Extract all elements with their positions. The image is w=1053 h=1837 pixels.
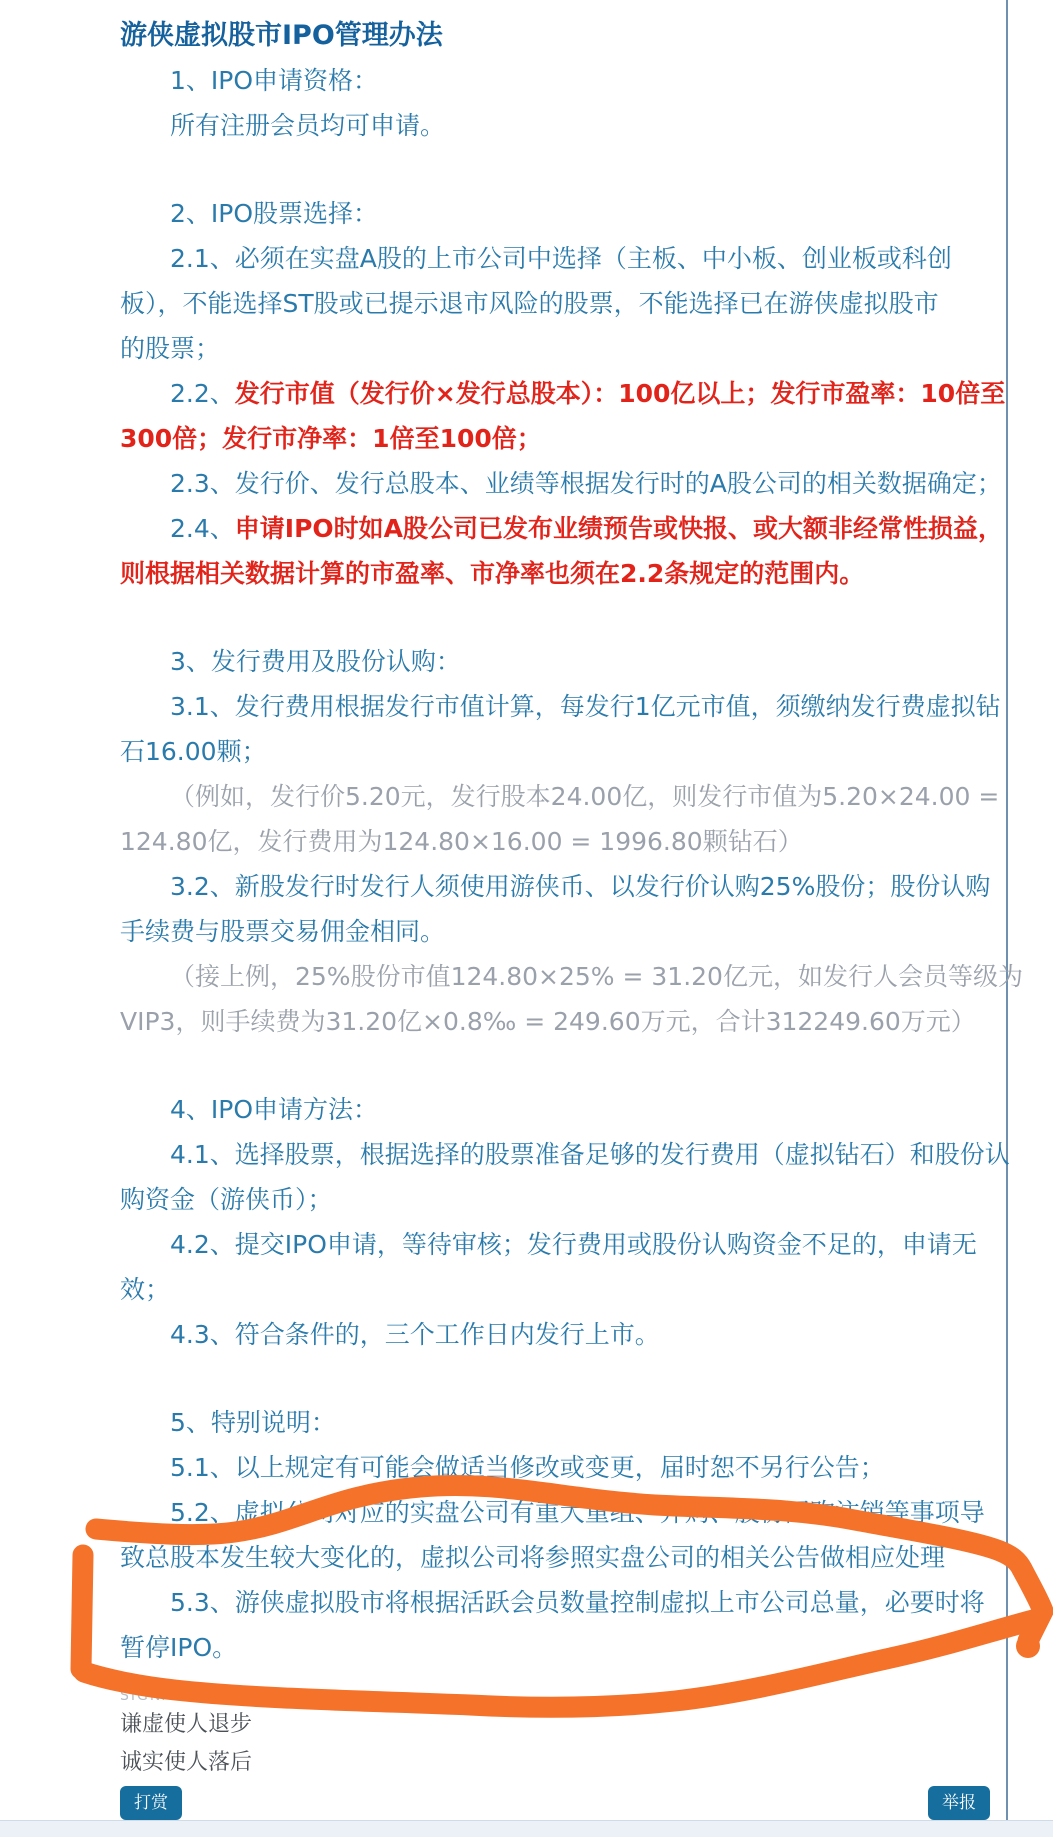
doc-line: 5、特别说明： <box>120 1400 990 1445</box>
doc-line: 300倍；发行市净率：1倍至100倍； <box>120 416 990 461</box>
marker-left-stroke <box>81 1555 83 1669</box>
text-segment: 发行市值（发行价×发行总股本）：100亿以上；发行市盈率：10倍至 <box>235 379 1005 408</box>
doc-line: 2.3、发行价、发行总股本、业绩等根据发行时的A股公司的相关数据确定； <box>120 461 990 506</box>
text-segment: 5.2、虚拟公司对应的实盘公司有重大重组、并购、股份回购注销等事项导 <box>170 1498 985 1527</box>
text-segment: 板），不能选择ST股或已提示退市风险的股票，不能选择已在游侠虚拟股市 <box>120 289 939 318</box>
doc-line: 3.1、发行费用根据发行市值计算，每发行1亿元市值，须缴纳发行费虚拟钻 <box>120 684 990 729</box>
signature-line-2: 诚实使人落后 <box>120 1748 990 1778</box>
text-segment: 4.1、选择股票，根据选择的股票准备足够的发行费用（虚拟钻石）和股份认 <box>170 1140 1010 1169</box>
text-segment: 4.3、符合条件的，三个工作日内发行上市。 <box>170 1320 660 1349</box>
doc-line: （例如，发行价5.20元，发行股本24.00亿，则发行市值为5.20×24.00… <box>120 774 990 819</box>
signature-line-1: 谦虚使人退步 <box>120 1710 990 1740</box>
text-segment: 5、特别说明： <box>170 1408 336 1437</box>
doc-line: 4.3、符合条件的，三个工作日内发行上市。 <box>120 1312 990 1357</box>
doc-line: 5.3、游侠虚拟股市将根据活跃会员数量控制虚拟上市公司总量，必要时将 <box>120 1580 990 1625</box>
doc-line: 4.2、提交IPO申请，等待审核；发行费用或股份认购资金不足的，申请无 <box>120 1222 990 1267</box>
post-content: 游侠虚拟股市IPO管理办法 1、IPO申请资格：所有注册会员均可申请。2、IPO… <box>120 14 990 1820</box>
doc-line: 124.80亿，发行费用为124.80×16.00 = 1996.80颗钻石） <box>120 819 990 864</box>
text-segment: 1、IPO申请资格： <box>170 66 378 95</box>
text-segment: （接上例，25%股份市值124.80×25% = 31.20亿元，如发行人会员等… <box>170 962 1023 991</box>
doc-line: 2、IPO股票选择： <box>120 191 990 236</box>
text-segment: 申请IPO时如A股公司已发布业绩预告或快报、或大额非经常性损益， <box>235 514 1003 543</box>
doc-line: 则根据相关数据计算的市盈率、市净率也须在2.2条规定的范围内。 <box>120 551 990 596</box>
reward-button[interactable]: 打赏 <box>120 1786 182 1820</box>
doc-line: 5.1、以上规定有可能会做适当修改或变更，届时恕不另行公告； <box>120 1445 990 1490</box>
signature-label: SIGNATURE： <box>120 1686 234 1706</box>
page-bottom-strip <box>0 1820 1053 1837</box>
doc-line: 石16.00颗； <box>120 729 990 774</box>
doc-line: 的股票； <box>120 326 990 371</box>
text-segment: 2、IPO股票选择： <box>170 199 378 228</box>
text-segment: 致总股本发生较大变化的，虚拟公司将参照实盘公司的相关公告做相应处理 <box>120 1543 945 1572</box>
report-button[interactable]: 举报 <box>928 1786 990 1820</box>
text-segment: 手续费与股票交易佣金相同。 <box>120 917 445 946</box>
text-segment: 2.4、 <box>170 514 235 543</box>
text-segment: 暂停IPO。 <box>120 1633 237 1662</box>
text-segment: 3.1、发行费用根据发行市值计算，每发行1亿元市值，须缴纳发行费虚拟钻 <box>170 692 1001 721</box>
text-segment: 5.1、以上规定有可能会做适当修改或变更，届时恕不另行公告； <box>170 1453 885 1482</box>
text-segment: 4.2、提交IPO申请，等待审核；发行费用或股份认购资金不足的，申请无 <box>170 1230 977 1259</box>
text-segment: 2.3、发行价、发行总股本、业绩等根据发行时的A股公司的相关数据确定； <box>170 469 1002 498</box>
text-segment: 3、发行费用及股份认购： <box>170 647 461 676</box>
post-title: 游侠虚拟股市IPO管理办法 <box>120 14 990 58</box>
text-segment: 所有注册会员均可申请。 <box>170 111 445 140</box>
doc-line: 4.1、选择股票，根据选择的股票准备足够的发行费用（虚拟钻石）和股份认 <box>120 1132 990 1177</box>
doc-line: （接上例，25%股份市值124.80×25% = 31.20亿元，如发行人会员等… <box>120 954 990 999</box>
marker-right-stroke <box>1022 1569 1043 1641</box>
doc-line: 致总股本发生较大变化的，虚拟公司将参照实盘公司的相关公告做相应处理 <box>120 1535 990 1580</box>
text-segment: 的股票； <box>120 334 220 363</box>
doc-line: 1、IPO申请资格： <box>120 58 990 103</box>
text-segment: 2.2、 <box>170 379 235 408</box>
text-segment: 则根据相关数据计算的市盈率、市净率也须在2.2条规定的范围内。 <box>120 559 864 588</box>
doc-line: 2.4、申请IPO时如A股公司已发布业绩预告或快报、或大额非经常性损益， <box>120 506 990 551</box>
doc-line: 效； <box>120 1267 990 1312</box>
doc-line: 暂停IPO。 <box>120 1625 990 1670</box>
signature-dotted-line <box>238 1686 493 1700</box>
text-segment: VIP3，则手续费为31.20亿×0.8‰ = 249.60万元，合计31224… <box>120 1007 976 1036</box>
text-segment: 购资金（游侠币）； <box>120 1185 333 1214</box>
signature-row: SIGNATURE： <box>120 1686 990 1706</box>
doc-line: 购资金（游侠币）； <box>120 1177 990 1222</box>
text-segment: 效； <box>120 1275 170 1304</box>
text-segment: （例如，发行价5.20元，发行股本24.00亿，则发行市值为5.20×24.00… <box>170 782 999 811</box>
text-segment: 2.1、必须在实盘A股的上市公司中选择（主板、中小板、创业板或科创 <box>170 244 952 273</box>
doc-line: 3、发行费用及股份认购： <box>120 639 990 684</box>
right-border-line <box>1006 0 1008 1820</box>
text-segment: 石16.00颗； <box>120 737 267 766</box>
doc-line: 板），不能选择ST股或已提示退市风险的股票，不能选择已在游侠虚拟股市 <box>120 281 990 326</box>
doc-line: 3.2、新股发行时发行人须使用游侠币、以发行价认购25%股份；股份认购 <box>120 864 990 909</box>
doc-line: 4、IPO申请方法： <box>120 1087 990 1132</box>
doc-line: 所有注册会员均可申请。 <box>120 103 990 148</box>
doc-line: 5.2、虚拟公司对应的实盘公司有重大重组、并购、股份回购注销等事项导 <box>120 1490 990 1535</box>
text-segment: 4、IPO申请方法： <box>170 1095 378 1124</box>
text-segment: 124.80亿，发行费用为124.80×16.00 = 1996.80颗钻石） <box>120 827 803 856</box>
doc-line: 2.2、发行市值（发行价×发行总股本）：100亿以上；发行市盈率：10倍至 <box>120 371 990 416</box>
document-body: 1、IPO申请资格：所有注册会员均可申请。2、IPO股票选择：2.1、必须在实盘… <box>120 58 990 1670</box>
doc-line: VIP3，则手续费为31.20亿×0.8‰ = 249.60万元，合计31224… <box>120 999 990 1044</box>
page: { "document": { "title": "游侠虚拟股市IPO管理办法"… <box>0 0 1053 1837</box>
text-segment: 300倍；发行市净率：1倍至100倍； <box>120 424 542 453</box>
doc-line: 手续费与股票交易佣金相同。 <box>120 909 990 954</box>
post-actions: 打赏 举报 <box>120 1786 990 1820</box>
marker-end-blob <box>1016 1634 1040 1658</box>
doc-line: 2.1、必须在实盘A股的上市公司中选择（主板、中小板、创业板或科创 <box>120 236 990 281</box>
text-segment: 5.3、游侠虚拟股市将根据活跃会员数量控制虚拟上市公司总量，必要时将 <box>170 1588 985 1617</box>
text-segment: 3.2、新股发行时发行人须使用游侠币、以发行价认购25%股份；股份认购 <box>170 872 990 901</box>
